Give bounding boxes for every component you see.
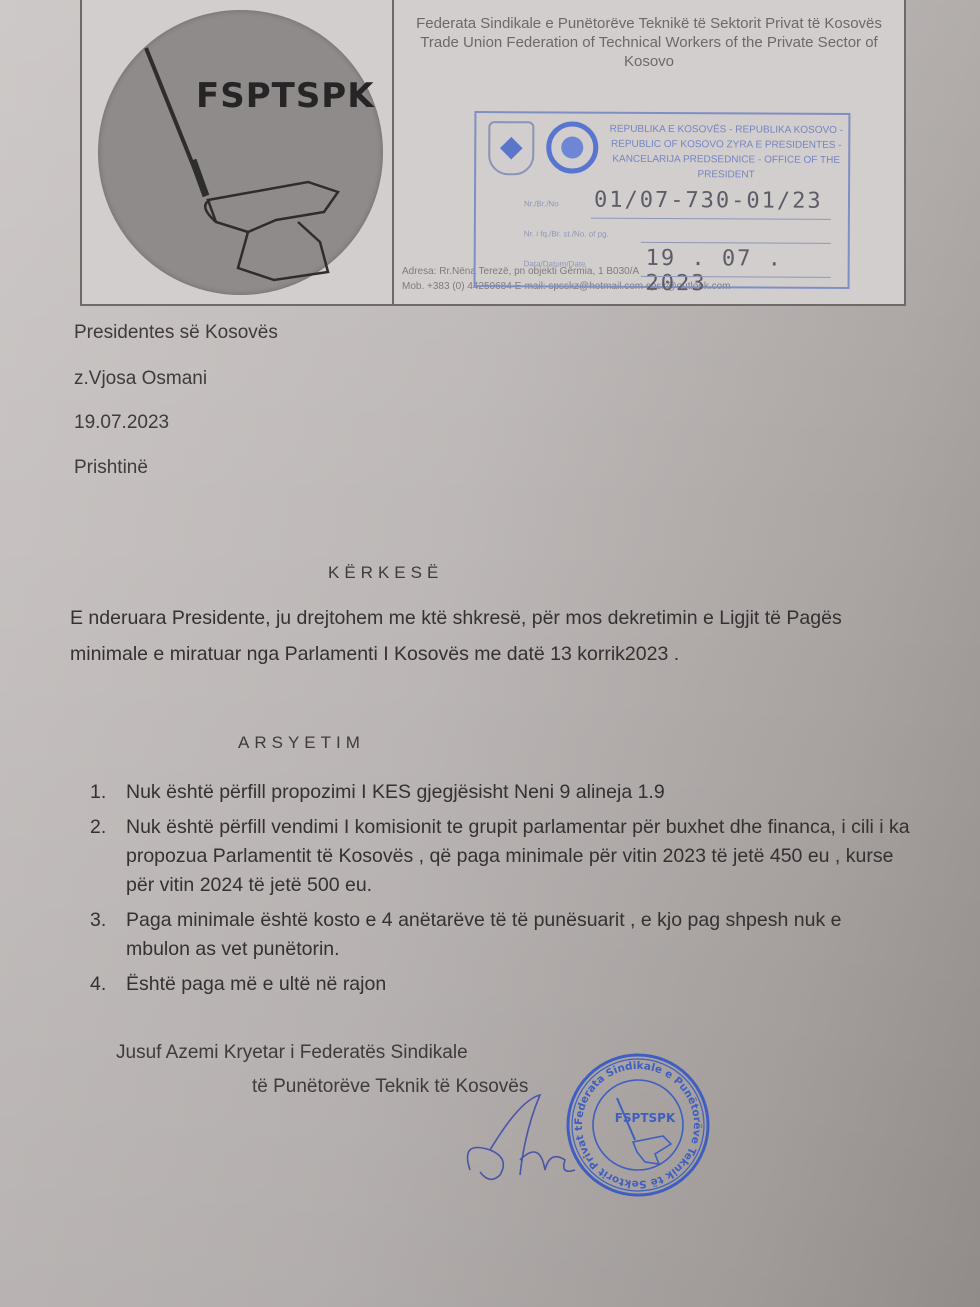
reason-item: 1. Nuk është përfill propozimi I KES gje…: [90, 778, 910, 807]
registry-number-label: Nr./Br./No: [524, 199, 559, 208]
reason-item: 3. Paga minimale është kosto e 4 anëtarë…: [90, 906, 910, 964]
recipient-title: Presidentes së Kosovës: [74, 322, 278, 344]
reason-number: 1.: [90, 778, 106, 807]
letter-place: Prishtinë: [74, 457, 148, 479]
reason-item: 4. Është paga më e ultë në rajon: [90, 970, 910, 999]
registry-stamp-header: Republika e Kosovës - Republika Kosovo -…: [606, 122, 846, 183]
reason-number: 2.: [90, 813, 106, 842]
registry-pages-line: [641, 242, 831, 244]
union-seal-stamp: Federata Sindikale e Punëtorëve Teknik t…: [563, 1050, 713, 1200]
reason-text: Është paga më e ultë në rajon: [126, 973, 386, 995]
org-name-albanian: Federata Sindikale e Punëtorëve Teknikë …: [404, 14, 894, 33]
reason-number: 3.: [90, 906, 106, 935]
registry-pages-label: Nr. i fq./Br. st./No. of pg.: [524, 229, 609, 238]
registry-number-line: [591, 218, 831, 220]
reason-text: Paga minimale është kosto e 4 anëtarëve …: [126, 909, 841, 960]
letter-date: 19.07.2023: [74, 412, 169, 434]
registry-date-value: 19 . 07 . 2023: [645, 246, 847, 297]
pen-anvil-icon: [98, 10, 383, 295]
reason-number: 4.: [90, 970, 106, 999]
registry-stamp: Republika e Kosovës - Republika Kosovo -…: [474, 111, 851, 289]
signatory-line-1: Jusuf Azemi Kryetar i Federatës Sindikal…: [116, 1042, 468, 1064]
request-paragraph: E nderuara Presidente, ju drejtohem me k…: [70, 600, 900, 672]
logo-cell: FSPTSPK: [82, 0, 394, 304]
recipient-name: z.Vjosa Osmani: [74, 368, 207, 390]
reasoning-heading: ARSYETIM: [238, 733, 365, 753]
kosovo-coat-of-arms-icon: [488, 121, 534, 175]
reason-item: 2. Nuk është përfill vendimi I komisioni…: [90, 813, 910, 900]
registry-date-label: Data/Datum/Date: [524, 259, 586, 268]
reasoning-list: 1. Nuk është përfill propozimi I KES gje…: [90, 778, 910, 1005]
org-name: Federata Sindikale e Punëtorëve Teknikë …: [394, 14, 904, 71]
union-logo: FSPTSPK: [98, 10, 383, 295]
reason-text: Nuk është përfill propozimi I KES gjegjë…: [126, 781, 665, 803]
org-name-english: Trade Union Federation of Technical Work…: [404, 33, 894, 71]
registry-number-value: 01/07-730-01/23: [594, 188, 823, 214]
reason-text: Nuk është përfill vendimi I komisionit t…: [126, 816, 910, 896]
request-heading: KËRKESË: [328, 563, 443, 583]
presidency-seal-icon: [546, 121, 598, 173]
